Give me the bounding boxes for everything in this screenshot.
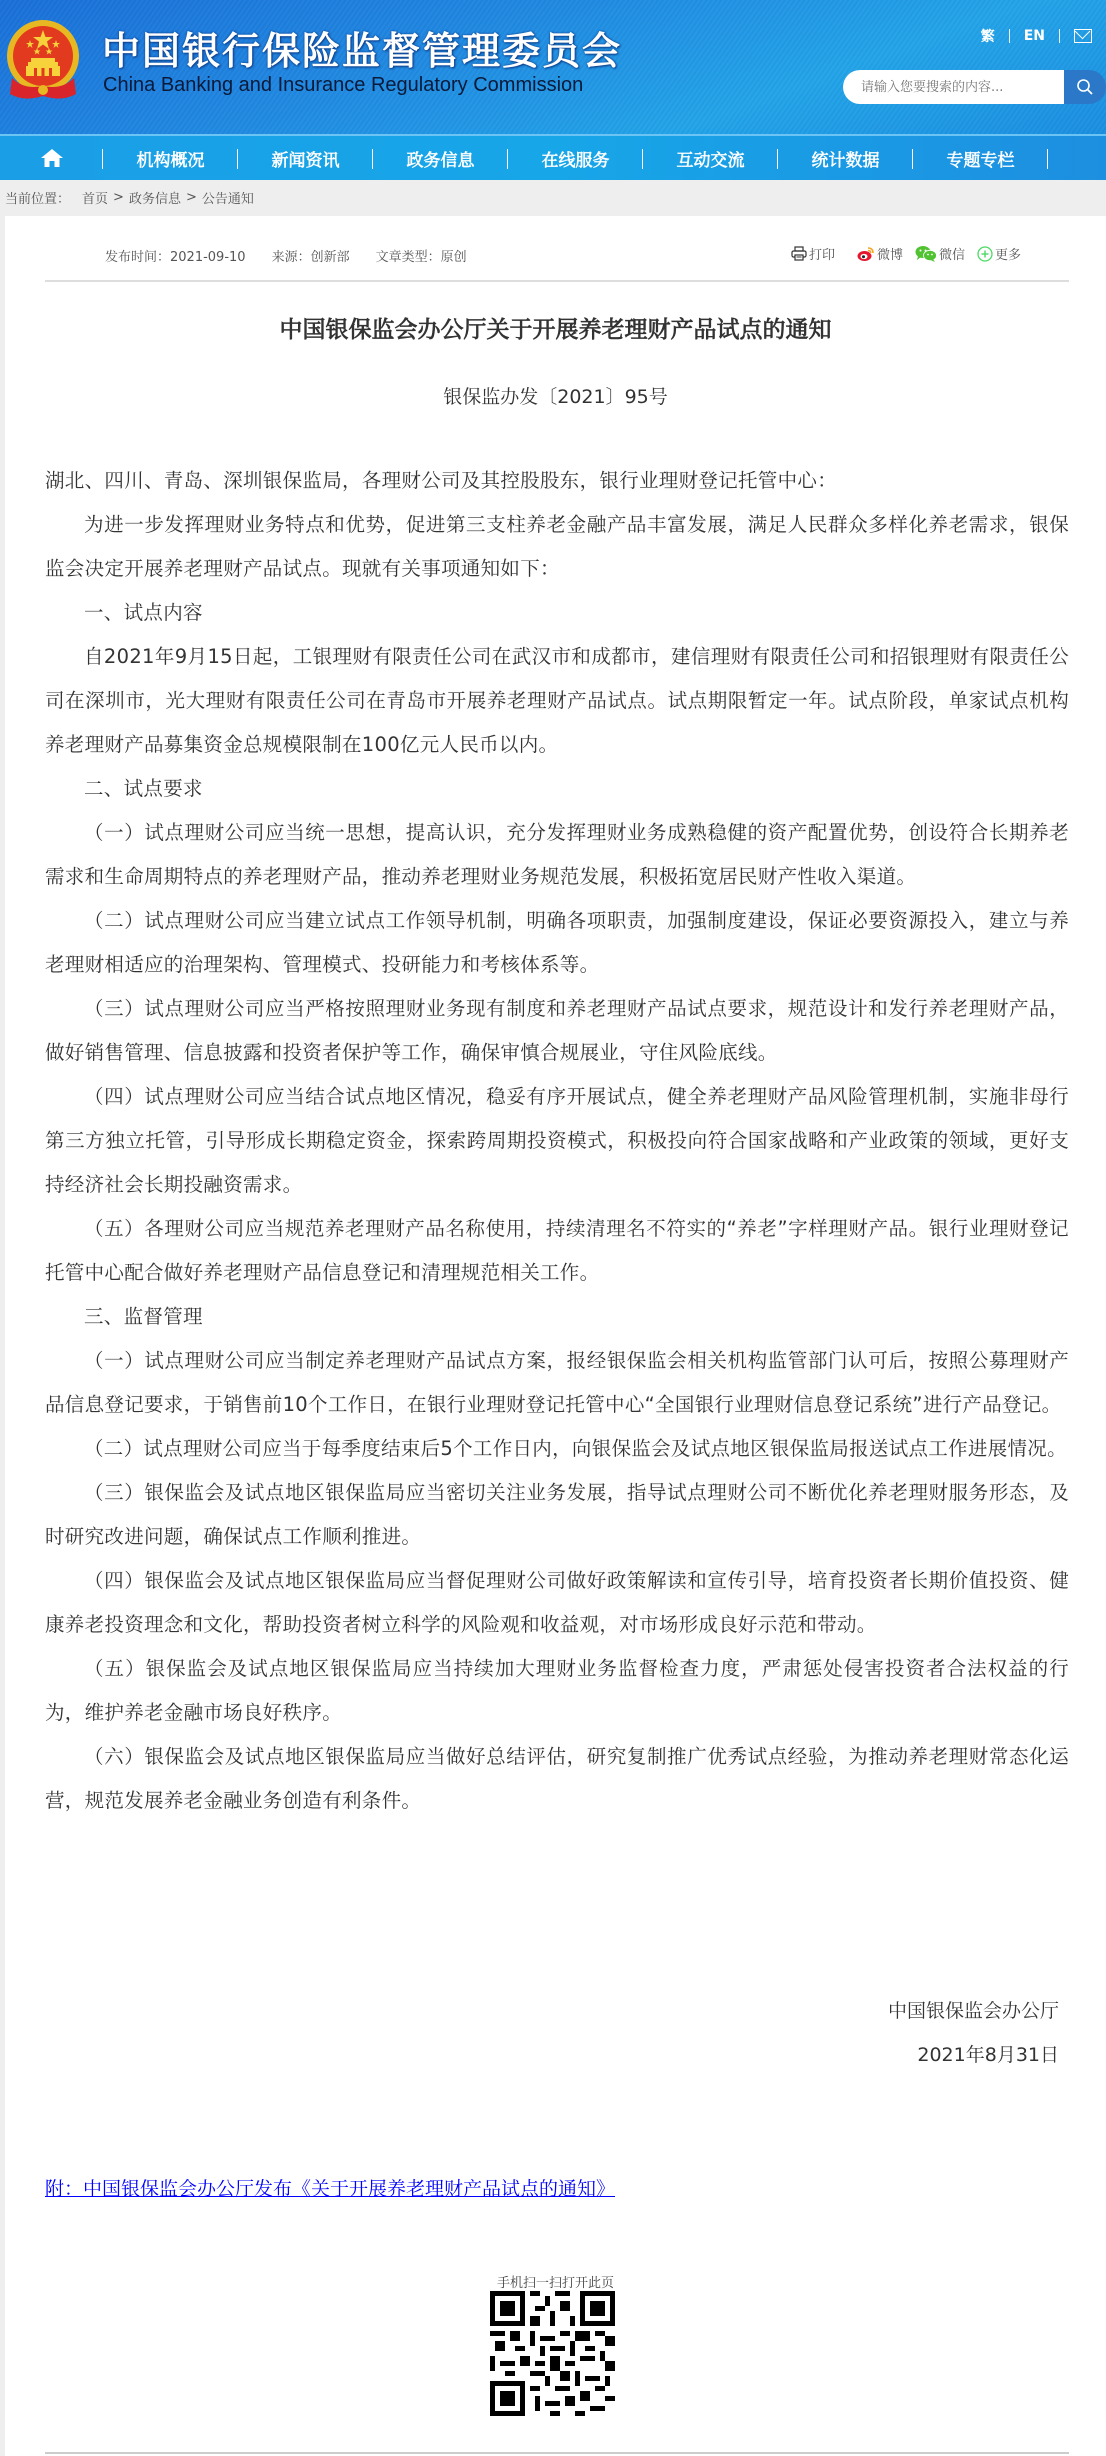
print-button[interactable]: 打印 xyxy=(791,244,835,263)
plus-circle-icon xyxy=(977,246,993,262)
breadcrumb-government-info[interactable]: 政务信息 xyxy=(129,188,181,207)
breadcrumb-separator: > xyxy=(113,190,124,205)
share-bar: 打印 微博 微信 xyxy=(791,244,1021,263)
banner-divider xyxy=(0,134,1106,136)
qr-caption: 手机扫一扫打开此页 xyxy=(5,2272,1106,2291)
body-paragraph: （二）试点理财公司应当于每季度结束后5个工作日内，向银保监会及试点地区银保监局报… xyxy=(45,1427,1069,1471)
breadcrumb-label: 当前位置： xyxy=(5,188,70,207)
section-heading: 三、监督管理 xyxy=(45,1295,1069,1339)
addressee-paragraph: 湖北、四川、青岛、深圳银保监局，各理财公司及其控股股东，银行业理财登记托管中心： xyxy=(45,459,1069,503)
signature-org: 中国银保监会办公厅 xyxy=(888,1989,1059,2033)
weibo-share-button[interactable]: 微博 xyxy=(857,244,903,263)
wechat-share-button[interactable]: 微信 xyxy=(915,244,965,263)
body-paragraph: （五）银保监会及试点地区银保监局应当持续加大理财业务监督检查力度，严肃惩处侵害投… xyxy=(45,1647,1069,1735)
article-body: 湖北、四川、青岛、深圳银保监局，各理财公司及其控股股东，银行业理财登记托管中心：… xyxy=(45,459,1069,1823)
body-paragraph: （一）试点理财公司应当制定养老理财产品试点方案，报经银保监会相关机构监管部门认可… xyxy=(45,1339,1069,1427)
body-paragraph: （四）试点理财公司应当结合试点地区情况，稳妥有序开展试点，健全养老理财产品风险管… xyxy=(45,1075,1069,1207)
article-meta: 发布时间：2021-09-10 来源：创新部 文章类型：原创 xyxy=(105,246,467,265)
more-label: 更多 xyxy=(995,244,1021,263)
search-button[interactable] xyxy=(1064,70,1106,104)
meta-divider xyxy=(45,280,1069,282)
breadcrumb-announcements[interactable]: 公告通知 xyxy=(202,188,254,207)
nav-item-news[interactable]: 新闻资讯 xyxy=(238,136,373,180)
divider xyxy=(1059,29,1060,43)
breadcrumb-home[interactable]: 首页 xyxy=(82,188,108,207)
section-heading: 二、试点要求 xyxy=(45,767,1069,811)
qr-code-icon xyxy=(490,2291,615,2416)
section-heading: 一、试点内容 xyxy=(45,591,1069,635)
breadcrumb-separator: > xyxy=(186,190,197,205)
body-paragraph: （四）银保监会及试点地区银保监局应当督促理财公司做好政策解读和宣传引导，培育投资… xyxy=(45,1559,1069,1647)
divider xyxy=(1009,29,1010,43)
national-emblem-icon xyxy=(4,18,82,104)
document-number: 银保监办发〔2021〕95号 xyxy=(5,382,1106,409)
article-card: 发布时间：2021-09-10 来源：创新部 文章类型：原创 打印 微博 xyxy=(5,216,1106,2456)
article-title: 中国银保监会办公厅关于开展养老理财产品试点的通知 xyxy=(5,311,1106,344)
nav-item-about[interactable]: 机构概况 xyxy=(103,136,238,180)
search-icon xyxy=(1076,78,1094,96)
home-icon xyxy=(40,148,64,168)
nav-item-government-info[interactable]: 政务信息 xyxy=(373,136,508,180)
nav-item-online-services[interactable]: 在线服务 xyxy=(508,136,643,180)
body-paragraph: （二）试点理财公司应当建立试点工作领导机制，明确各项职责，加强制度建设，保证必要… xyxy=(45,899,1069,987)
publish-time: 发布时间：2021-09-10 xyxy=(105,246,246,265)
body-paragraph: （六）银保监会及试点地区银保监局应当做好总结评估，研究复制推广优秀试点经验，为推… xyxy=(45,1735,1069,1823)
english-link[interactable]: EN xyxy=(1024,28,1045,44)
body-paragraph: 自2021年9月15日起，工银理财有限责任公司在武汉市和成都市，建信理财有限责任… xyxy=(45,635,1069,767)
printer-icon xyxy=(791,246,807,261)
signature-date: 2021年8月31日 xyxy=(917,2033,1059,2077)
weibo-label: 微博 xyxy=(877,244,903,263)
main-nav: 机构概况 新闻资讯 政务信息 在线服务 互动交流 统计数据 专题专栏 xyxy=(0,136,1106,180)
body-paragraph: （一）试点理财公司应当统一思想，提高认识，充分发挥理财业务成熟稳健的资产配置优势… xyxy=(45,811,1069,899)
top-links: 繁 EN xyxy=(981,26,1092,46)
traditional-chinese-link[interactable]: 繁 xyxy=(981,26,995,46)
print-label: 打印 xyxy=(809,244,835,263)
header-banner: 中国银行保险监督管理委员会 China Banking and Insuranc… xyxy=(0,0,1106,135)
site-title: 中国银行保险监督管理委员会 xyxy=(102,20,622,75)
breadcrumb: 当前位置： 首页 > 政务信息 > 公告通知 xyxy=(5,188,254,207)
article-source: 来源：创新部 xyxy=(272,246,350,265)
nav-item-special-topics[interactable]: 专题专栏 xyxy=(913,136,1048,180)
wechat-label: 微信 xyxy=(939,244,965,263)
body-paragraph: （五）各理财公司应当规范养老理财产品名称使用，持续清理名不符实的“养老”字样理财… xyxy=(45,1207,1069,1295)
site-subtitle: China Banking and Insurance Regulatory C… xyxy=(103,74,583,97)
nav-item-interaction[interactable]: 互动交流 xyxy=(643,136,778,180)
mail-icon[interactable] xyxy=(1074,29,1092,43)
intro-paragraph: 为进一步发挥理财业务特点和优势，促进第三支柱养老金融产品丰富发展，满足人民群众多… xyxy=(45,503,1069,591)
weibo-icon xyxy=(857,246,875,262)
attachment-link[interactable]: 附：中国银保监会办公厅发布《关于开展养老理财产品试点的通知》 xyxy=(45,2174,615,2201)
nav-home[interactable] xyxy=(0,136,103,180)
search-input[interactable] xyxy=(843,70,1064,104)
search-box xyxy=(843,70,1106,104)
more-share-button[interactable]: 更多 xyxy=(977,244,1021,263)
nav-item-statistics[interactable]: 统计数据 xyxy=(778,136,913,180)
wechat-icon xyxy=(915,245,937,262)
body-paragraph: （三）试点理财公司应当严格按照理财业务现有制度和养老理财产品试点要求，规范设计和… xyxy=(45,987,1069,1075)
body-paragraph: （三）银保监会及试点地区银保监局应当密切关注业务发展，指导试点理财公司不断优化养… xyxy=(45,1471,1069,1559)
article-type: 文章类型：原创 xyxy=(376,246,467,265)
footer-divider xyxy=(45,2452,1069,2454)
